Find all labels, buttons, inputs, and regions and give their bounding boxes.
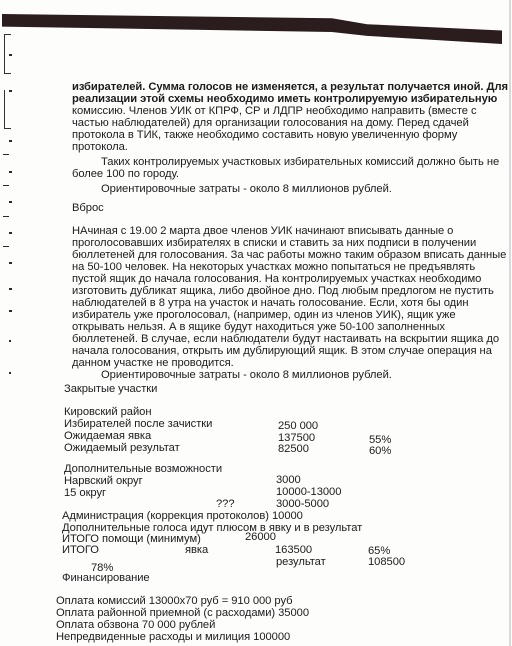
- help-total-value: 26000: [245, 532, 276, 543]
- row-label: Ожидаемая явка: [64, 431, 151, 442]
- total-label: ИТОГО: [62, 545, 99, 556]
- text-line: пустой ящик до начала голосования. На ко…: [72, 274, 481, 285]
- okrug15-label: 15 округ: [64, 488, 106, 499]
- margin-dot: [9, 54, 12, 56]
- extra-title: Дополнительные возможности: [64, 464, 222, 475]
- text-line: открывать нельзя. А в ящике будут находи…: [72, 322, 445, 333]
- margin-dot: [9, 171, 12, 173]
- text-line: проголосовавших избирателях в списки и с…: [72, 238, 476, 249]
- cost-estimate-2: Ориентировочные затраты - около 8 миллио…: [101, 370, 392, 381]
- margin-dot: [9, 140, 12, 142]
- text-line: НАчиная с 19.00 2 марта двое членов УИК …: [72, 226, 453, 237]
- punch-margin-marks: [0, 30, 14, 630]
- result-label: результат: [276, 557, 326, 568]
- margin-dot: [9, 372, 11, 374]
- text-line: бюллетеней для голосования. За час работ…: [72, 250, 506, 261]
- finance-line: Оплата обзвона 70 000 рублей: [56, 620, 215, 631]
- section-heading-closed-precincts: Закрытые участки: [64, 384, 157, 395]
- scan-right-edge: [509, 0, 511, 646]
- row-value: 82500: [278, 444, 309, 455]
- section-heading-finance: Финансирование: [62, 573, 150, 584]
- text-line: начала голосования, открыть им дублирующ…: [72, 346, 492, 357]
- margin-dot: [9, 288, 12, 290]
- margin-dot: [9, 201, 12, 203]
- text-line: наблюдателей в 8 утра на участок и начат…: [72, 298, 468, 309]
- cost-estimate-1: Ориентировочные затраты - около 8 миллио…: [101, 184, 392, 195]
- unknown-value: 3000-5000: [276, 499, 329, 510]
- text-line: данном участке не проводится.: [72, 358, 234, 369]
- row-value: 250 000: [278, 421, 318, 432]
- margin-dash: [3, 185, 9, 186]
- result-value: 108500: [368, 557, 405, 568]
- text-line: избирателей. Сумма голосов не изменяется…: [72, 81, 508, 93]
- turnout-value: 163500: [275, 545, 312, 556]
- margin-bracket: [4, 90, 11, 129]
- text-line: частью наблюдателей) для организации гол…: [72, 118, 469, 129]
- scan-top-black-bar: [2, 14, 502, 44]
- row-label: Избирателей после зачистки: [64, 419, 212, 430]
- text-line: более 100 по городу.: [72, 169, 179, 180]
- text-line: Таких контролируемых участковых избирате…: [101, 157, 499, 168]
- narva-label: Нарвский округ: [64, 476, 143, 487]
- text-line: избиратель уже проголосовал, (например, …: [72, 310, 456, 321]
- margin-dot: [9, 232, 12, 234]
- row-percent: 60%: [369, 446, 391, 457]
- finance-line: Оплата комиссий 13000х70 руб = 910 000 р…: [56, 596, 292, 607]
- margin-dot: [9, 340, 11, 342]
- margin-dash: [3, 216, 9, 217]
- section-heading-vbros: Вброс: [72, 203, 104, 214]
- text-line: протокола в ТИК, также необходимо состав…: [72, 130, 457, 141]
- text-line: на 50-100 человек. На некоторых участках…: [72, 262, 475, 273]
- text-line: избирателей. Сумма голосов не изменяется…: [72, 82, 508, 93]
- row-label: Ожидаемый результат: [64, 443, 180, 454]
- text-line: бюллетеней. В случае, если наблюдатели б…: [72, 334, 499, 345]
- turnout-label: явка: [185, 545, 208, 556]
- text-line: изготовить дубликат ящика, либо двойное …: [72, 286, 494, 297]
- finance-line: Оплата районной приемной (с расходами) 3…: [56, 608, 309, 619]
- margin-dash: [3, 246, 9, 247]
- margin-dot: [9, 310, 12, 312]
- margin-dot: [9, 262, 12, 264]
- margin-dash: [3, 154, 9, 155]
- admin-line: Администрация (коррекция протоколов) 100…: [62, 511, 303, 522]
- okrug15-value: 10000-13000: [276, 487, 341, 498]
- margin-dot: [9, 90, 12, 92]
- text-line: реализации этой схемы необходимо иметь к…: [72, 94, 497, 105]
- unknown-label: ???: [216, 499, 235, 510]
- kirov-title: Кировский район: [64, 407, 151, 418]
- text-line: протокола.: [72, 142, 128, 153]
- text-line: комиссию. Членов УИК от КПРФ, СР и ЛДПР …: [72, 106, 477, 117]
- finance-line: Непредвиденные расходы и милиция 100000: [56, 632, 290, 643]
- narva-value: 3000: [276, 475, 301, 486]
